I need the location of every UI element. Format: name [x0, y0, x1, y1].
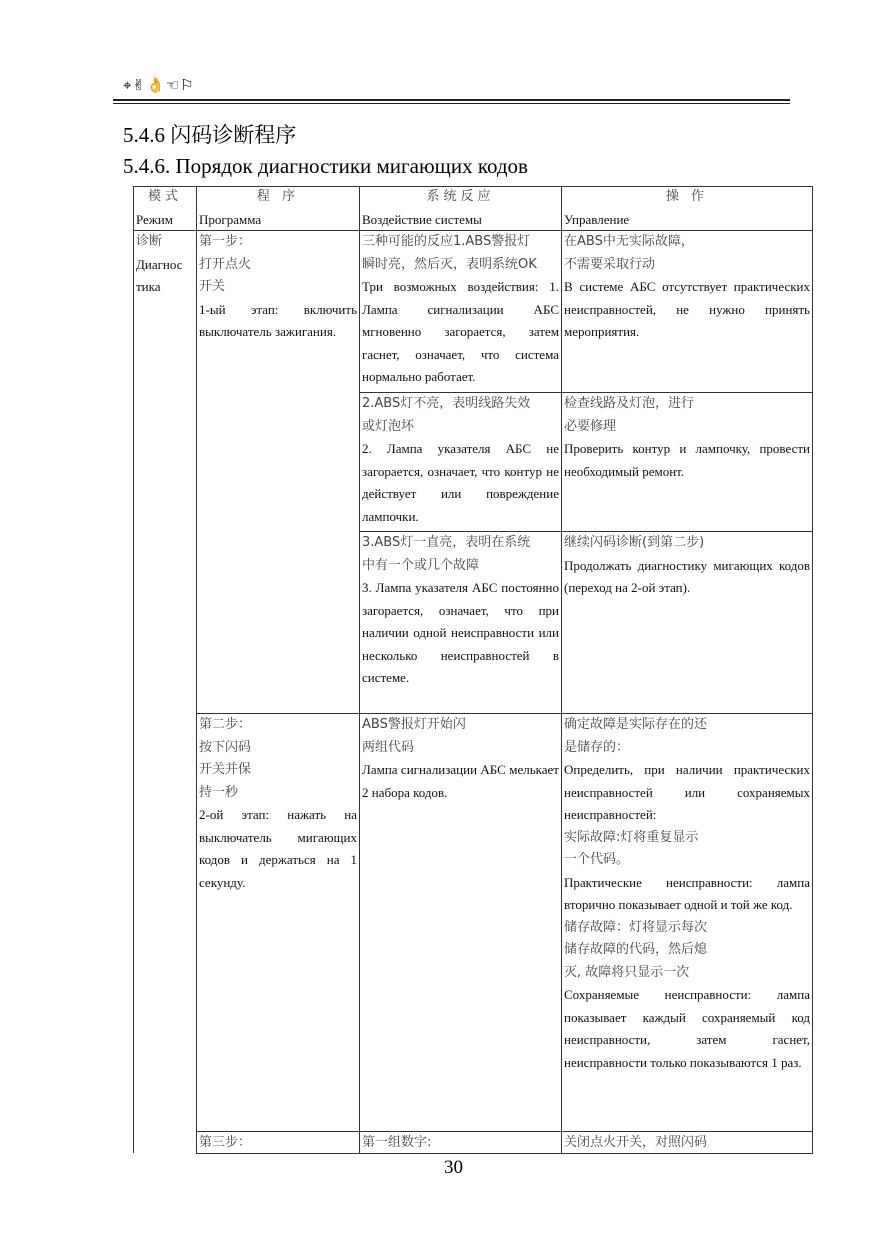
header-action: 操 作 Управление	[562, 186, 812, 230]
action-cn: 是储存的：	[564, 737, 810, 760]
header-reaction-cn: 系统反应	[362, 186, 559, 209]
header-reaction: 系统反应 Воздействие системы	[360, 186, 561, 230]
step2-program-cn: 开关并保	[199, 759, 357, 782]
action-ru: Проверить контур и лампочку, провести не…	[564, 438, 810, 483]
reaction-cn: 两组代码	[362, 737, 559, 760]
reaction-cn: 或灯泡坏	[362, 416, 559, 439]
header-mode-ru: Режим	[136, 209, 194, 231]
action-ru: В системе АБС отсутствует практических н…	[564, 276, 810, 344]
header-program-ru: Программа	[199, 209, 357, 231]
action-cn: 一个代码。	[564, 849, 810, 872]
step3-reaction-cell: 第一组数字:	[360, 1132, 561, 1153]
step1-program-cn: 开关	[199, 276, 357, 299]
header-symbols: ⌖✌👌☜⚐	[123, 76, 195, 94]
reaction-ru: Лампа сигнализации АБС мелькает 2 набора…	[362, 759, 559, 804]
reaction-cn: 瞬时亮，然后灭，表明系统OK	[362, 254, 559, 277]
action-cn: 实际故障:灯将重复显示	[564, 827, 810, 850]
action-ru: Определить, при наличии практических неи…	[564, 759, 810, 827]
mode-ru-line: Диагнос	[136, 254, 194, 277]
step1-program-cn: 打开点火	[199, 254, 357, 277]
table-border-right	[812, 186, 813, 1153]
step2-program-ru: 2-ой этап: нажать на выключатель мигающи…	[199, 804, 357, 894]
reaction-cn: 第一组数字:	[362, 1132, 559, 1153]
action-cn: 检查线路及灯泡，进行	[564, 393, 810, 416]
action-cn: 必要修理	[564, 416, 810, 439]
step2-program-cn: 第二步：	[199, 714, 357, 737]
section-title-ru: 5.4.6. Порядок диагностики мигающих кодо…	[123, 154, 528, 179]
step2-program-cn: 按下闪码	[199, 737, 357, 760]
reaction-cn: 3.ABS灯一直亮，表明在系统	[362, 532, 559, 555]
reaction-cn: 2.ABS灯不亮，表明线路失效	[362, 393, 559, 416]
action-cn: 储存故障的代码，然后熄	[564, 939, 810, 962]
action-cn: 继续闪码诊断(到第二步)	[564, 532, 810, 555]
action-cn: 关闭点火开关，对照闪码	[564, 1132, 810, 1153]
reaction-cn: 三种可能的反应1.ABS警报灯	[362, 231, 559, 254]
action-cn: 不需要采取行动	[564, 254, 810, 277]
action-ru: Сохраняемые неисправности: лампа показыв…	[564, 984, 810, 1074]
step3-program-cn: 第三步：	[199, 1132, 357, 1153]
step2-reaction-cell: ABS警报灯开始闪 两组代码 Лампа сигнализации АБС ме…	[360, 714, 561, 1131]
step2-program-cn: 持一秒	[199, 782, 357, 805]
step3-program-cell: 第三步：	[197, 1132, 359, 1153]
header-action-ru: Управление	[564, 209, 810, 231]
header-program: 程 序 Программа	[197, 186, 359, 230]
header-mode: 模式 Режим	[134, 186, 196, 230]
step1-reaction-3: 3.ABS灯一直亮，表明在系统 中有一个或几个故障 3. Лампа указа…	[360, 532, 561, 713]
reaction-ru: 3. Лампа указателя АБС постоянно загорае…	[362, 577, 559, 690]
header-program-cn: 程 序	[199, 186, 357, 209]
reaction-ru: 2. Лампа указателя АБС не загорается, оз…	[362, 438, 559, 528]
action-cn: 在ABS中无实际故障，	[564, 231, 810, 254]
mode-cell: 诊断 Диагнос тика	[134, 231, 196, 431]
header-mode-cn: 模式	[136, 186, 194, 209]
action-ru: Практические неисправности: лампа вторич…	[564, 872, 810, 917]
action-ru: Продолжать диагностику мигающих кодов (п…	[564, 555, 810, 600]
step1-action-2: 检查线路及灯泡，进行 必要修理 Проверить контур и лампо…	[562, 393, 812, 531]
step1-program-cell: 第一步： 打开点火 开关 1-ый этап: включить выключа…	[197, 231, 359, 713]
crosshair-icon: ⌖✌👌☜⚐	[123, 76, 195, 94]
reaction-ru: Три возможных воздействия: 1. Лампа сигн…	[362, 276, 559, 389]
step3-action-cell: 关闭点火开关，对照闪码	[562, 1132, 812, 1153]
table-border-bottom	[196, 1153, 813, 1154]
action-cn: 确定故障是实际存在的还	[564, 714, 810, 737]
section-title-cn: 5.4.6 闪码诊断程序	[123, 119, 296, 149]
step1-program-cn: 第一步：	[199, 231, 357, 254]
header-reaction-ru: Воздействие системы	[362, 209, 559, 231]
mode-cn: 诊断	[136, 231, 194, 254]
step2-action-cell: 确定故障是实际存在的还 是储存的： Определить, при наличи…	[562, 714, 812, 1131]
action-cn: 储存故障：灯将显示每次	[564, 917, 810, 940]
step1-action-1: 在ABS中无实际故障， 不需要采取行动 В системе АБС отсутс…	[562, 231, 812, 392]
step2-program-cell: 第二步： 按下闪码 开关并保 持一秒 2-ой этап: нажать на …	[197, 714, 359, 1131]
action-cn: 灭, 故障将只显示一次	[564, 962, 810, 985]
step1-reaction-2: 2.ABS灯不亮，表明线路失效 或灯泡坏 2. Лампа указателя …	[360, 393, 561, 531]
step1-program-ru: 1-ый этап: включить выключатель зажигани…	[199, 299, 357, 344]
mode-ru-line: тика	[136, 276, 194, 299]
page-number: 30	[444, 1157, 463, 1179]
reaction-cn: 中有一个或几个故障	[362, 555, 559, 578]
header-action-cn: 操 作	[564, 186, 810, 209]
header-rule-thin	[113, 103, 790, 104]
step1-reaction-1: 三种可能的反应1.ABS警报灯 瞬时亮，然后灭，表明系统OK Три возмо…	[360, 231, 561, 392]
step1-action-3: 继续闪码诊断(到第二步) Продолжать диагностику мига…	[562, 532, 812, 713]
header-rule-thick	[113, 99, 790, 101]
reaction-cn: ABS警报灯开始闪	[362, 714, 559, 737]
